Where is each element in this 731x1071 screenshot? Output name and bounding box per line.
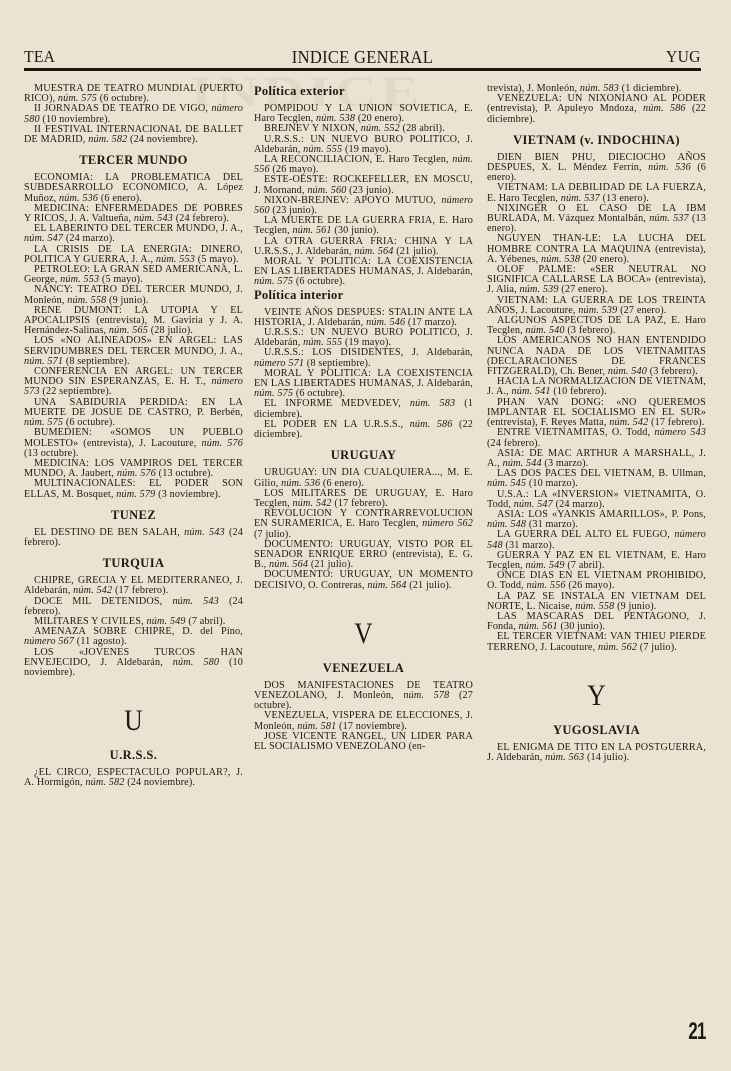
column-1: MUESTRA DE TEATRO MUNDIAL (PUERTO RICO),… bbox=[24, 84, 243, 789]
issue-number: núm. 582 bbox=[88, 134, 127, 145]
issue-number: número 543 bbox=[654, 427, 706, 438]
issue-date: (24 noviembre). bbox=[127, 134, 198, 145]
index-entry: LOS MILITARES DE URUGUAY, E. Haro Tecgle… bbox=[254, 489, 473, 509]
issue-date: (14 julio). bbox=[584, 752, 629, 763]
index-entry: POMPIDOU Y LA UNION SOVIETICA, E. Haro T… bbox=[254, 104, 473, 124]
index-entry: EL DESTINO DE BEN SALAH, núm. 543 (24 fe… bbox=[24, 528, 243, 548]
issue-number: núm. 582 bbox=[85, 777, 124, 788]
right-guide-word: YUG bbox=[666, 47, 701, 67]
index-entry: LA CRISIS DE LA ENERGIA: DINERO, POLITIC… bbox=[24, 245, 243, 265]
index-entry: LOS «NO ALINEADOS» EN ARGEL: LAS SERVIDU… bbox=[24, 336, 243, 367]
index-entry: NANCY: TEATRO DEL TERCER MUNDO, J. Monle… bbox=[24, 285, 243, 305]
index-entry: RENE DUMONT: LA UTOPIA Y EL APOCALIPSIS … bbox=[24, 306, 243, 337]
index-entry: EL LABERINTO DEL TERCER MUNDO, J. A., nú… bbox=[24, 224, 243, 244]
index-entry: EL TERCER VIETNAM: VAN THIEU PIERDE TERR… bbox=[487, 632, 706, 652]
index-entry: ESTE-OESTE: ROCKEFELLER, EN MOSCU, J. Mo… bbox=[254, 175, 473, 195]
index-entry: CHIPRE, GRECIA Y EL MEDITERRANEO, J. Ald… bbox=[24, 576, 243, 596]
index-entry: MULTINACIONALES: EL PODER SON ELLAS, M. … bbox=[24, 479, 243, 499]
issue-date: (24 noviembre). bbox=[125, 777, 196, 788]
issue-date: (7 julio). bbox=[637, 642, 677, 653]
section-heading: U.R.S.S. bbox=[24, 748, 243, 763]
index-entry: VIETNAM: LA DEBILIDAD DE LA FUERZA, E. H… bbox=[487, 183, 706, 203]
index-entry: AMENAZA SOBRE CHIPRE, D. del Pino, númer… bbox=[24, 627, 243, 647]
index-entry: PETROLEO: LA GRAN SED AMERICANA, L. Geor… bbox=[24, 265, 243, 285]
issue-number: núm. 580 bbox=[173, 657, 219, 668]
column-3: trevista), J. Monleón, núm. 583 (1 dicie… bbox=[487, 84, 706, 763]
index-entry: U.R.S.S.: UN NUEVO BURO POLITICO, J. Ald… bbox=[254, 135, 473, 155]
issue-number: núm. 579 bbox=[116, 489, 155, 500]
index-entry: LA GUERRA DEL ALTO EL FUEGO, número 548 … bbox=[487, 530, 706, 550]
index-entry: ECONOMIA: LA PROBLEMATICA DEL SUBDESARRO… bbox=[24, 173, 243, 204]
index-entry: DOCUMENTO: URUGUAY, VISTO POR EL SENADOR… bbox=[254, 540, 473, 571]
page-number: 21 bbox=[689, 1018, 706, 1046]
section-heading: TURQUIA bbox=[24, 556, 243, 571]
index-entry: OLOF PALME: «SER NEUTRAL NO SIGNIFICA CA… bbox=[487, 265, 706, 296]
entry-title: MORAL Y POLITICA: LA COEXISTENCIA EN LAS… bbox=[254, 256, 473, 277]
index-entry: ¿EL CIRCO, ESPECTACULO POPULAR?, J. A. H… bbox=[24, 768, 243, 788]
index-entry: DOS MANIFESTACIONES DE TEATRO VENEZOLANO… bbox=[254, 681, 473, 712]
section-heading: VENEZUELA bbox=[254, 661, 473, 676]
index-entry: EL ENIGMA DE TITO EN LA POSTGUERRA, J. A… bbox=[487, 743, 706, 763]
index-entry: U.R.S.S.: UN NUEVO BURO POLITICO, J. Ald… bbox=[254, 328, 473, 348]
index-entry: U.S.A.: LA «INVERSION» VIETNAMITA, O. To… bbox=[487, 490, 706, 510]
index-entry: II JORNADAS DE TEATRO DE VIGO, número 58… bbox=[24, 104, 243, 124]
alphabet-letter: Y bbox=[503, 679, 689, 713]
issue-number: núm. 563 bbox=[545, 752, 584, 763]
index-entry: VENEZUELA: UN NIXONIANO AL PODER (entrev… bbox=[487, 94, 706, 125]
issue-number: núm. 575 bbox=[254, 276, 293, 287]
index-entry: JOSE VICENTE RANGEL, UN LIDER PARA EL SO… bbox=[254, 732, 473, 752]
index-entry: EL INFORME MEDVEDEV, núm. 583 (1 diciemb… bbox=[254, 399, 473, 419]
index-entry: MEDICINA: LOS VAMPIROS DEL TERCER MUNDO,… bbox=[24, 459, 243, 479]
alphabet-letter: V bbox=[270, 617, 456, 651]
index-entry: BUMEDIEN: «SOMOS UN PUEBLO MOLESTO» (ent… bbox=[24, 428, 243, 459]
index-entry: NGUYEN THAN-LE: LA LUCHA DEL HOMBRE CONT… bbox=[487, 234, 706, 265]
entry-title: LOS «NO ALINEADOS» EN ARGEL: LAS SERVIDU… bbox=[24, 335, 243, 356]
subsection-heading: Política exterior bbox=[254, 84, 473, 99]
index-entry: PHAN VAN DONG: «NO QUEREMOS IMPLANTAR EL… bbox=[487, 398, 706, 429]
issue-date: (21 julio). bbox=[407, 580, 452, 591]
index-entry: CONFERENCIA EN ARGEL: UN TERCER MUNDO SI… bbox=[24, 367, 243, 398]
alphabet-letter: U bbox=[40, 704, 226, 738]
index-entry: ASIA: LOS «YANKIS AMARILLOS», P. Pons, n… bbox=[487, 510, 706, 530]
index-entry: LA PAZ SE INSTALA EN VIETNAM DEL NORTE, … bbox=[487, 592, 706, 612]
index-entry: LOS AMERICANOS NO HAN ENTENDIDO NUNCA NA… bbox=[487, 336, 706, 377]
column-2: Política exteriorPOMPIDOU Y LA UNION SOV… bbox=[254, 84, 473, 752]
issue-date: (6 octubre). bbox=[293, 276, 345, 287]
index-entry: DOCUMENTO: URUGUAY, UN MOMENTO DECISIVO,… bbox=[254, 570, 473, 590]
index-entry: DIEN BIEN PHU, DIECIOCHO AÑOS DESPUES, X… bbox=[487, 153, 706, 184]
section-heading: TERCER MUNDO bbox=[24, 153, 243, 168]
subsection-heading: Política interior bbox=[254, 288, 473, 303]
section-heading: VIETNAM (v. INDOCHINA) bbox=[487, 133, 706, 148]
issue-number: núm. 543 bbox=[172, 596, 218, 607]
section-heading: YUGOSLAVIA bbox=[487, 723, 706, 738]
issue-date: (3 noviembre). bbox=[155, 489, 220, 500]
index-entry: ASIA: DE MAC ARTHUR A MARSHALL, J. A., n… bbox=[487, 449, 706, 469]
index-entry: ALGUNOS ASPECTOS DE LA PAZ, E. Haro Tecg… bbox=[487, 316, 706, 336]
index-entry: LA RECONCILIACION, E. Haro Tecglen, núm.… bbox=[254, 155, 473, 175]
index-entry: VIETNAM: LA GUERRA DE LOS TREINTA AÑOS, … bbox=[487, 296, 706, 316]
index-entry: MUESTRA DE TEATRO MUNDIAL (PUERTO RICO),… bbox=[24, 84, 243, 104]
index-entry: NIXON-BREJNEV: APOYO MUTUO, número 560 (… bbox=[254, 196, 473, 216]
index-entry: ENTRE VIETNAMITAS, O. Todd, número 543 (… bbox=[487, 428, 706, 448]
issue-number: núm. 564 bbox=[367, 580, 406, 591]
page-title: INDICE GENERAL bbox=[51, 47, 674, 68]
index-entry: LAS DOS PACES DEL VIETNAM, B. Ullman, nú… bbox=[487, 469, 706, 489]
index-entry: LA MUERTE DE LA GUERRA FRIA, E. Haro Tec… bbox=[254, 216, 473, 236]
index-entry: URUGUAY: UN DIA CUALQUIERA..., M. E. Gil… bbox=[254, 468, 473, 488]
issue-number: núm. 586 bbox=[410, 419, 453, 430]
index-entry: EL PODER EN LA U.R.S.S., núm. 586 (22 di… bbox=[254, 420, 473, 440]
section-heading: TUNEZ bbox=[24, 508, 243, 523]
index-entry: LAS MASCARAS DEL PENTAGONO, J. Fonda, nú… bbox=[487, 612, 706, 632]
entry-title: UNA SABIDURIA PERDIDA: EN LA MUERTE DE J… bbox=[24, 397, 243, 418]
index-entry: VENEZUELA, VISPERA DE ELECCIONES, J. Mon… bbox=[254, 711, 473, 731]
index-entry: MEDICINA: ENFERMEDADES DE POBRES Y RICOS… bbox=[24, 204, 243, 224]
index-entry: DOCE MIL DETENIDOS, núm. 543 (24 febrero… bbox=[24, 597, 243, 617]
index-entry: GUERRA Y PAZ EN EL VIETNAM, E. Haro Tecg… bbox=[487, 551, 706, 571]
issue-number: núm. 586 bbox=[643, 103, 686, 114]
index-entry: VEINTE AÑOS DESPUES: STALIN ANTE LA HIST… bbox=[254, 308, 473, 328]
issue-number: núm. 562 bbox=[598, 642, 637, 653]
index-entry: MORAL Y POLITICA: LA COEXISTENCIA EN LAS… bbox=[254, 257, 473, 288]
section-heading: URUGUAY bbox=[254, 448, 473, 463]
issue-number: núm. 576 bbox=[202, 438, 244, 449]
index-entry: LA OTRA GUERRA FRIA: CHINA Y LA U.R.S.S.… bbox=[254, 237, 473, 257]
header-rule bbox=[24, 68, 701, 71]
entry-title: MORAL Y POLITICA: LA COEXISTENCIA EN LAS… bbox=[254, 368, 473, 389]
issue-number: número 562 bbox=[422, 518, 473, 529]
index-entry: REVOLUCION Y CONTRARREVOLUCION EN SURAME… bbox=[254, 509, 473, 540]
index-entry: U.R.S.S.: LOS DISIDENTES, J. Aldebarán, … bbox=[254, 348, 473, 368]
entry-title: JOSE VICENTE RANGEL, UN LIDER PARA EL SO… bbox=[254, 731, 473, 752]
index-page: INDICE TEA INDICE GENERAL YUG MUESTRA DE… bbox=[0, 0, 731, 1071]
issue-number: núm. 583 bbox=[410, 398, 455, 409]
issue-number: núm. 536 bbox=[648, 162, 691, 173]
index-entry: ONCE DIAS EN EL VIETNAM PROHIBIDO, O. To… bbox=[487, 571, 706, 591]
issue-number: núm. 578 bbox=[403, 690, 449, 701]
index-entry: UNA SABIDURIA PERDIDA: EN LA MUERTE DE J… bbox=[24, 398, 243, 429]
index-entry: II FESTIVAL INTERNACIONAL DE BALLET DE M… bbox=[24, 125, 243, 145]
index-entry: LOS «JOVENES TURCOS HAN ENVEJECIDO, J. A… bbox=[24, 648, 243, 679]
index-entry: MORAL Y POLITICA: LA COEXISTENCIA EN LAS… bbox=[254, 369, 473, 400]
index-entry: NIXINGER O EL CASO DE LA IBM BURLADA, M.… bbox=[487, 204, 706, 235]
issue-number: núm. 543 bbox=[184, 527, 225, 538]
issue-number: núm. 537 bbox=[649, 213, 689, 224]
index-entry: HACIA LA NORMALIZACION DE VIETNAM, J. A.… bbox=[487, 377, 706, 397]
